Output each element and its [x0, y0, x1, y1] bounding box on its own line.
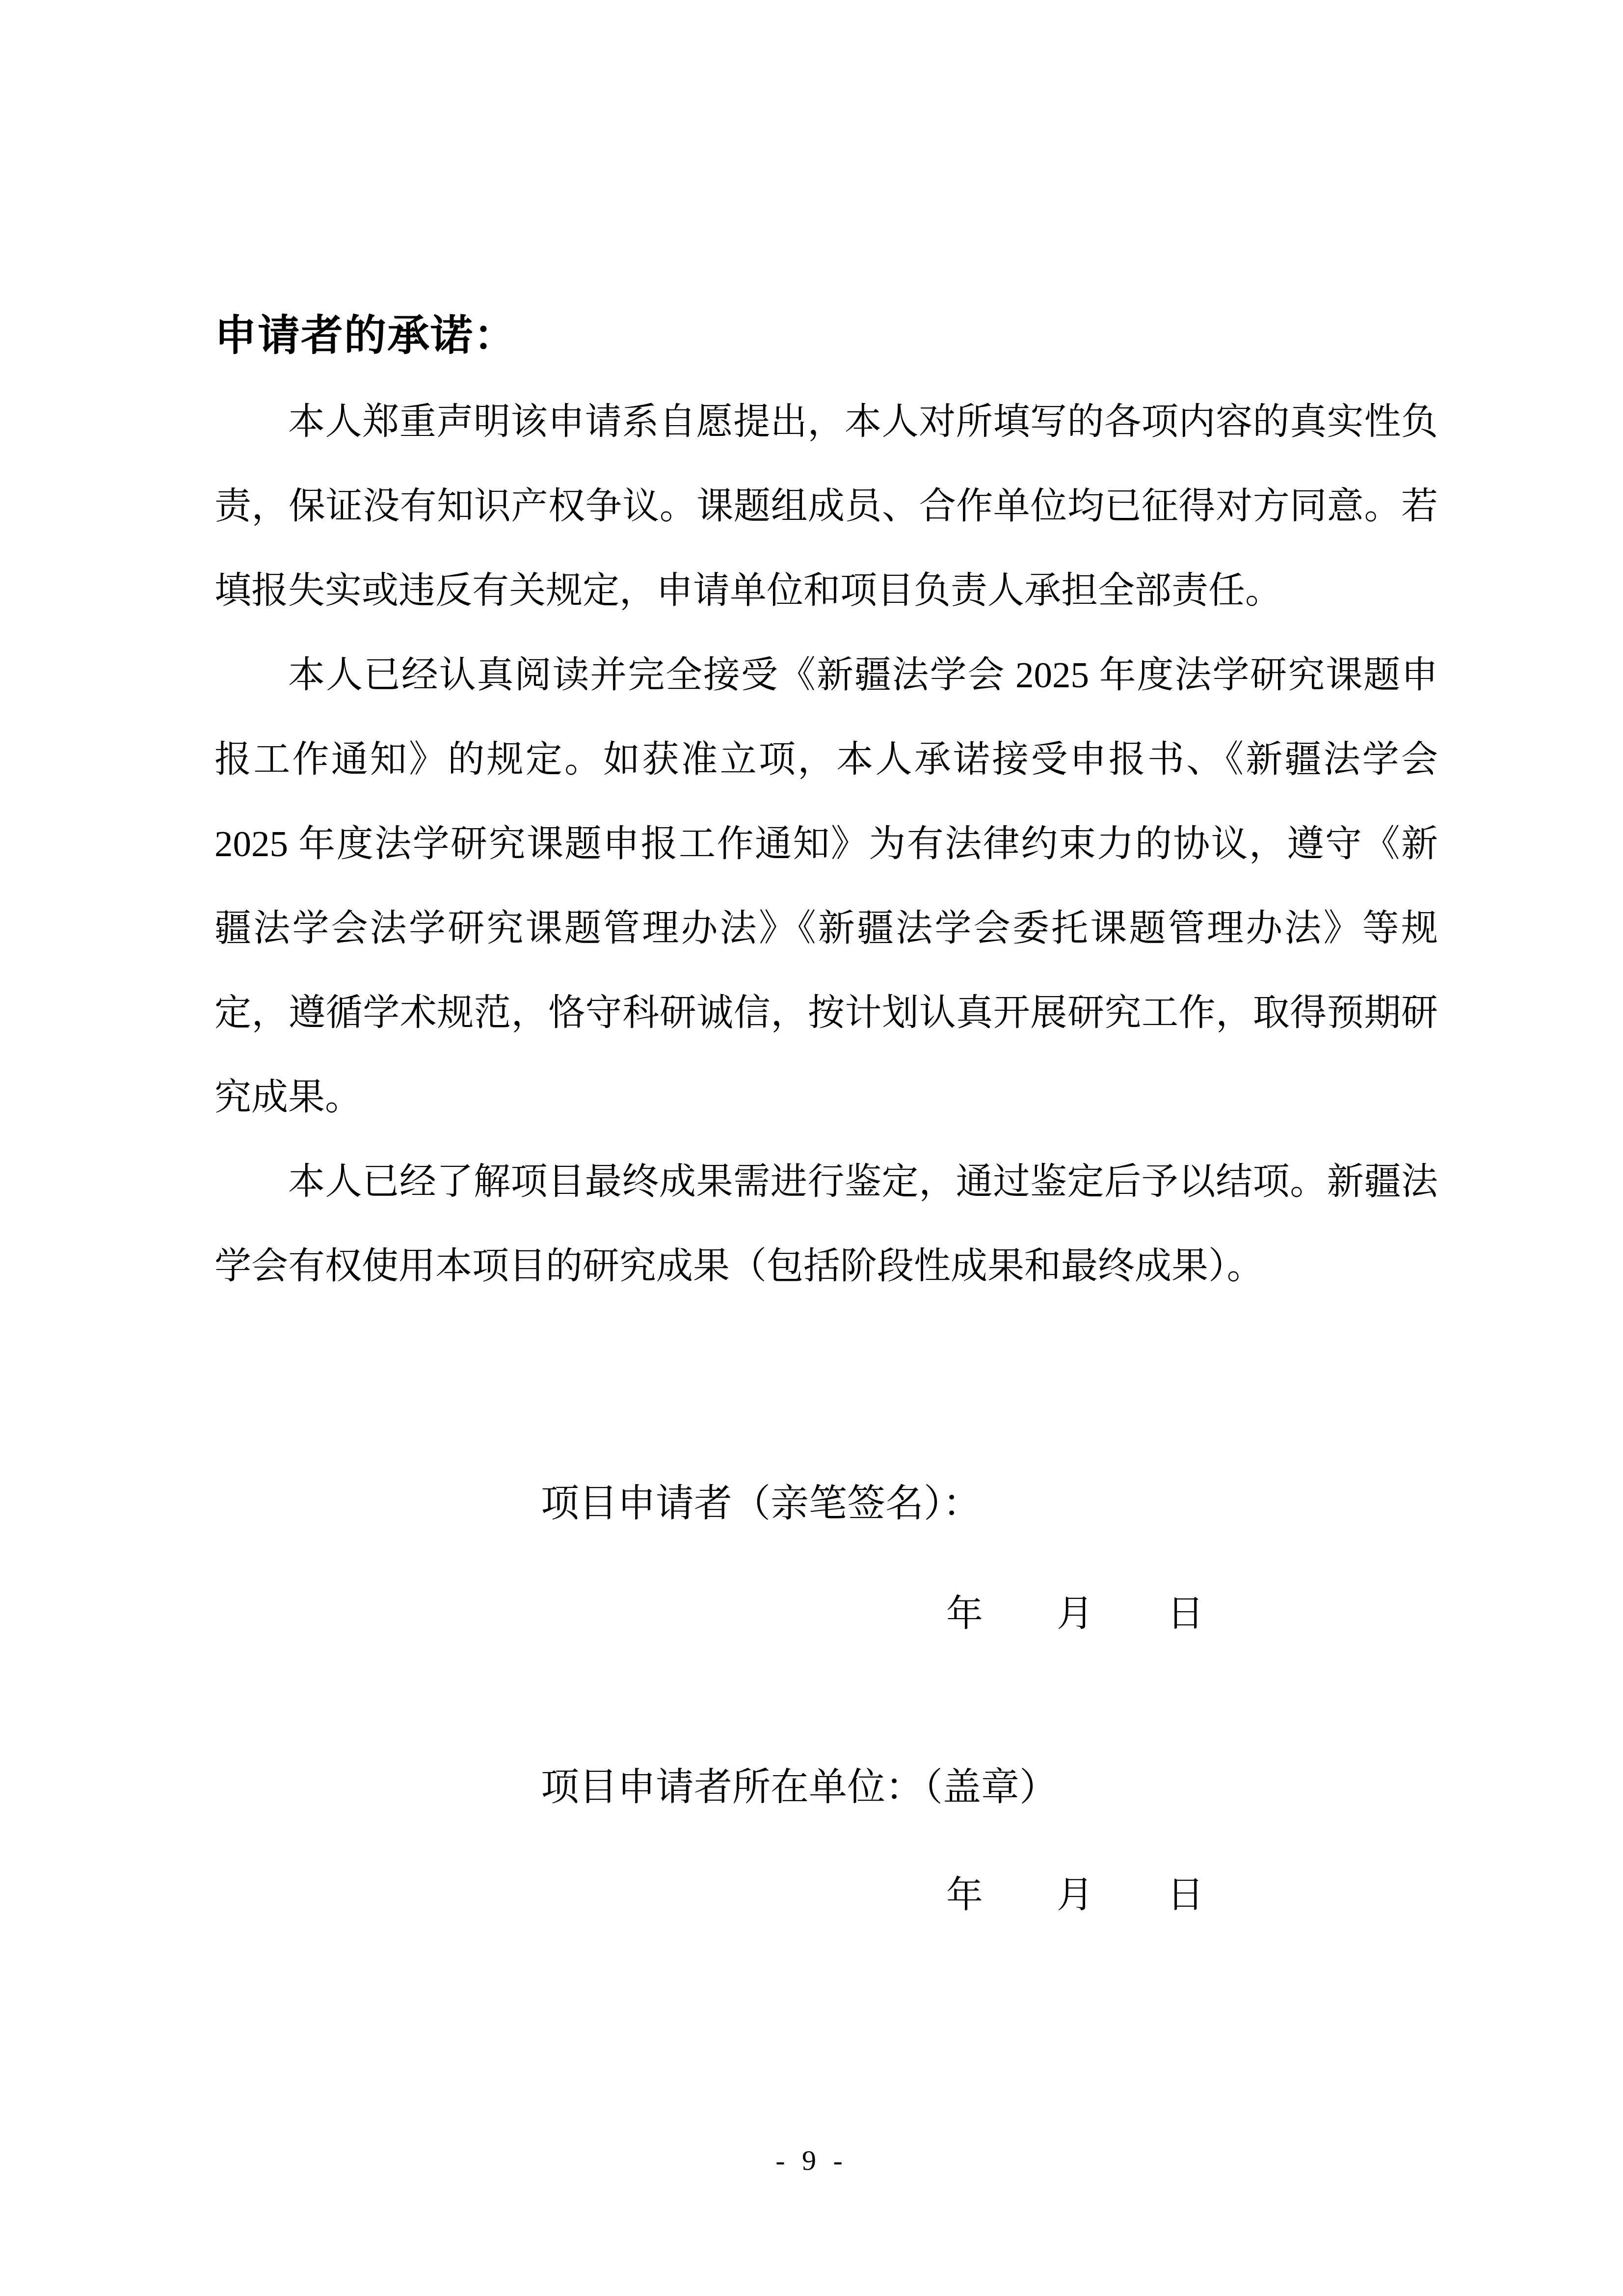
document-page: 申请者的承诺： 本人郑重声明该申请系自愿提出，本人对所填写的各项内容的真实性负责…	[0, 0, 1623, 2296]
section-heading: 申请者的承诺：	[214, 312, 1438, 360]
paragraph-acceptance: 本人已经认真阅读并完全接受《新疆法学会 2025 年度法学研究课题申报工作通知》…	[214, 633, 1438, 1140]
page-body: 申请者的承诺： 本人郑重声明该申请系自愿提出，本人对所填写的各项内容的真实性负责…	[214, 0, 1438, 1309]
applicant-date-line: 年 月 日	[946, 1592, 1204, 1636]
paragraph-declaration: 本人郑重声明该申请系自愿提出，本人对所填写的各项内容的真实性负责，保证没有知识产…	[214, 380, 1438, 633]
applicant-signature-label: 项目申请者（亲笔签名）：	[541, 1481, 981, 1527]
paragraph-results-usage: 本人已经了解项目最终成果需进行鉴定，通过鉴定后予以结项。新疆法学会有权使用本项目…	[214, 1140, 1438, 1309]
unit-date-line: 年 月 日	[946, 1873, 1204, 1918]
commitment-text: 本人郑重声明该申请系自愿提出，本人对所填写的各项内容的真实性负责，保证没有知识产…	[214, 380, 1438, 1309]
page-number: - 9 -	[0, 2143, 1623, 2178]
unit-seal-label: 项目申请者所在单位：（盖章）	[541, 1764, 1058, 1810]
